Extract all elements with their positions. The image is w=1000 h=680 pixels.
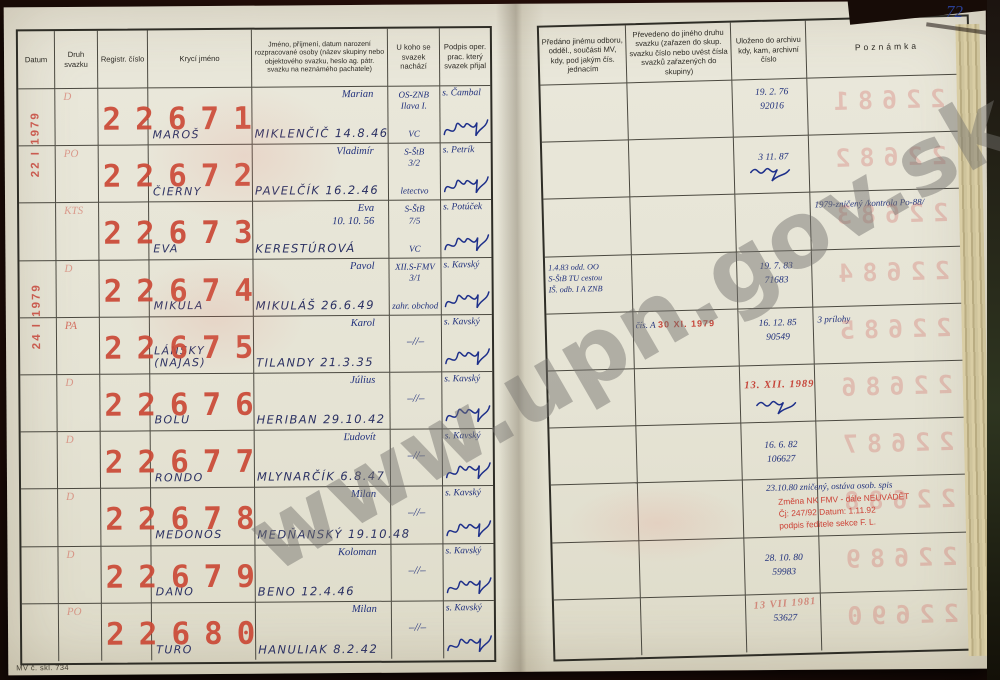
surname-and-birthdate: MEDŇANSKÝ 19.10.48 — [257, 526, 410, 541]
transfer-note: 1.4.83 odd. OOS-ŠtB TU cestouIŠ. odb. I … — [548, 261, 603, 296]
converted-cell — [635, 366, 741, 426]
registration-number-stamp: 22678 — [105, 501, 269, 538]
person-cell: KolomanBENO 12.4.46 — [255, 544, 391, 602]
registration-cell: 22678 — [101, 489, 151, 547]
person-cell: VladimírPAVELČÍK 16.2.46 — [253, 144, 389, 202]
bleed-through-number: 22687 — [833, 427, 954, 459]
converted-cell — [641, 595, 747, 655]
file-type-mark: D — [66, 548, 74, 560]
holder-unit: –//– — [390, 335, 441, 349]
registration-number-stamp: 22673 — [103, 215, 267, 252]
holder-cell: OS-ZNBIlava I.VC — [388, 86, 440, 144]
registration-number-stamp: 22675 — [104, 329, 268, 366]
person-cell: MilanMEDŇANSKÝ 19.10.48 — [255, 487, 391, 545]
date-stamp: 22 I 1979 — [29, 105, 46, 177]
signature-scrawl — [442, 398, 494, 430]
file-type-mark: PO — [67, 606, 82, 618]
converted-cell — [639, 538, 745, 598]
datum-cell — [21, 432, 58, 489]
holder-unit-line: 3/2 — [389, 158, 440, 170]
column-header: Uloženo do archivu kdy, kam, archivní čí… — [731, 21, 807, 81]
table-surface-edge — [987, 0, 1000, 680]
registration-cell: 22680 — [102, 603, 152, 661]
archive-entry: 13 VII 198153627 — [750, 595, 821, 627]
registration-cell: 22679 — [101, 546, 151, 604]
signature-cell: s. Kavský — [444, 601, 494, 659]
column-header-label: Jméno, příjmení, datum narození rozpraco… — [254, 40, 385, 74]
holder-cell: –//– — [390, 315, 442, 373]
signature-scrawl — [442, 455, 494, 487]
left-table: DatumDruh svazkuRegistr. čísloKrycí jmén… — [16, 26, 496, 665]
archive-entry: 16. 12. 8590549 — [743, 315, 814, 345]
signature-cell: s. Kavský — [443, 486, 493, 544]
holder-unit-line: –//– — [391, 507, 442, 521]
holder-unit-line: 7/5 — [389, 215, 440, 227]
registration-number-stamp: 22672 — [103, 158, 267, 195]
holder-cell: –//– — [392, 601, 444, 659]
transfer-note-line: IŠ. odb. I A ZNB — [549, 283, 603, 295]
archived-cell: 19. 2. 7692016 — [732, 79, 808, 138]
person-cell: PavolMIKULÁŠ 26.6.49 — [253, 258, 389, 316]
officer-name: s. Petrík — [443, 145, 475, 155]
holder-unit-line: S-ŠtB — [389, 204, 440, 216]
column-header-label: Datum — [25, 55, 47, 65]
signature-scrawl — [441, 284, 493, 316]
first-name-line: Ľudovít — [344, 432, 376, 445]
file-type-mark: D — [65, 377, 73, 389]
column-header: Předáno jinému odboru, odděl., součásti … — [539, 25, 627, 85]
registration-number-stamp: 22671 — [102, 101, 266, 138]
file-type-mark: D — [66, 434, 74, 446]
druh-cell: D — [57, 375, 100, 432]
registration-number-stamp: 22680 — [106, 615, 270, 652]
archived-cell: 19. 7. 8371683 — [737, 250, 813, 309]
column-header-label: Krycí jméno — [179, 54, 219, 64]
officer-name: s. Kavský — [445, 431, 481, 441]
archive-entry — [740, 201, 810, 203]
column-header-label: Předáno jinému odboru, odděl., součásti … — [541, 35, 624, 75]
surname-and-birthdate: KERESTÚROVÁ — [255, 241, 355, 256]
file-type-mark: KTS — [64, 205, 83, 217]
first-name-line: Eva — [332, 203, 374, 216]
bleed-through-number: 22688 — [835, 484, 956, 516]
druh-cell: D — [58, 546, 101, 603]
converted-cell: čís. A 30 XI. 1979 — [633, 309, 739, 369]
officer-name: s. Potúček — [443, 202, 482, 212]
datum-cell — [22, 604, 59, 661]
handwritten-scrawl — [748, 161, 792, 188]
first-name-line: Karol — [351, 318, 375, 331]
druh-cell: PA — [57, 318, 100, 375]
holder-unit: –//– — [392, 621, 443, 635]
column-header-label: Převedeno do jiného druhu svazku (zařaze… — [628, 27, 729, 77]
datum-cell — [21, 547, 58, 604]
holder-unit-line: –//– — [392, 621, 443, 635]
conversion-date-stamp: 30 XI. 1979 — [658, 318, 715, 329]
datum-cell — [21, 489, 58, 546]
archived-cell: 28. 10. 8059983 — [744, 536, 820, 595]
remark-cell: 22684 — [812, 246, 974, 307]
first-name-line: Vladimír — [336, 146, 373, 159]
person-cell: ĽudovítMLYNARČÍK 6.8.47 — [255, 430, 391, 488]
datum-cell — [20, 375, 57, 432]
officer-name: s. Kavský — [445, 488, 481, 498]
converted-cell — [636, 424, 742, 484]
holder-unit-line: –//– — [390, 335, 441, 349]
holder-note: zahr. obchod — [390, 300, 441, 310]
signature-scrawl — [443, 569, 495, 601]
registration-cell: 22671 — [98, 88, 148, 146]
datum-cell — [19, 203, 56, 260]
first-name-line: Pavol — [350, 260, 375, 273]
surname-and-birthdate: HANULIAK 8.2.42 — [258, 642, 378, 657]
bleed-through-number: 22683 — [827, 198, 948, 230]
column-header: Krycí jméno — [148, 30, 252, 89]
registration-cell: 22676 — [100, 374, 150, 432]
archive-entry: 13. XII. 1989 — [744, 377, 814, 395]
column-header: Registr. číslo — [98, 30, 148, 88]
converted-cell — [627, 81, 733, 141]
archive-line: 90549 — [743, 330, 813, 346]
druh-cell: KTS — [56, 203, 99, 260]
druh-cell: PO — [56, 146, 99, 203]
person-cell: Eva10. 10. 56KERESTÚROVÁ — [253, 201, 389, 259]
signature-cell: s. Kavský — [442, 372, 492, 430]
holder-cell: –//– — [390, 372, 442, 430]
registration-number-stamp: 22676 — [104, 387, 268, 424]
holder-cell: S-ŠtB7/5VC — [389, 201, 441, 259]
remark-cell: 22689 — [819, 532, 981, 593]
registration-number-stamp: 22679 — [106, 558, 270, 595]
archived-cell: 13. XII. 1989 — [740, 364, 816, 423]
transferred-cell — [549, 426, 637, 485]
bleed-through-number: 22684 — [829, 256, 950, 288]
date-stamp: 24 I 1979 — [31, 277, 48, 349]
officer-name: s. Kavský — [445, 546, 481, 556]
bleed-through-number: 22685 — [830, 313, 951, 345]
bleed-through-number: 22689 — [836, 541, 957, 573]
holder-note: VC — [389, 129, 440, 139]
registration-cell: 22677 — [101, 432, 151, 490]
holder-unit: OS-ZNBIlava I. — [388, 89, 439, 112]
officer-name: s. Kavský — [444, 374, 480, 384]
archive-entry: 19. 7. 8371683 — [741, 258, 812, 288]
first-name-line: Milan — [352, 604, 377, 617]
first-name-line: Marian — [342, 89, 374, 102]
first-name-line: Július — [350, 375, 375, 388]
archive-line: 71683 — [741, 272, 811, 288]
officer-name: s. Čambal — [442, 88, 481, 98]
signature-cell: s. Kavský — [441, 258, 491, 316]
first-name: Pavol — [350, 260, 375, 273]
person-cell: MilanHANULIAK 8.2.42 — [256, 601, 392, 659]
holder-note: letectvo — [389, 186, 440, 196]
holder-unit: S-ŠtB7/5 — [389, 204, 440, 227]
column-header: Datum — [18, 31, 55, 89]
holder-unit: S-ŠtB3/2 — [389, 147, 440, 170]
transferred-cell — [542, 141, 630, 200]
converted-cell — [630, 195, 736, 255]
transferred-cell — [546, 312, 634, 371]
file-type-mark: PA — [65, 320, 77, 332]
converted-cell — [632, 252, 738, 312]
remark-cell: 2268823.10.80 zničený, ostáva osob. spis… — [818, 475, 980, 536]
druh-cell: D — [58, 489, 101, 546]
signature-cell: s. Kavský — [443, 429, 493, 487]
archived-cell: 16. 6. 82106627 — [741, 422, 817, 481]
druh-cell: D — [56, 260, 99, 317]
registration-number-stamp: 22674 — [104, 272, 268, 309]
remark-cell: 226853 prílohy — [813, 303, 975, 364]
registry-book-photo: DatumDruh svazkuRegistr. čísloKrycí jmén… — [0, 0, 1000, 680]
holder-unit-line: 3/1 — [390, 272, 441, 284]
holder-cell: S-ŠtB3/2letectvo — [389, 144, 441, 202]
archive-entry: 19. 2. 7692016 — [736, 85, 807, 115]
archive-line: 92016 — [737, 99, 807, 115]
holder-note: VC — [389, 243, 440, 253]
signature-scrawl — [442, 341, 494, 373]
page-number: 72 — [946, 2, 963, 22]
remark-cell: 22681 — [807, 74, 969, 135]
transferred-cell — [552, 541, 640, 600]
archived-cell: 3 11. 87 — [734, 136, 810, 195]
first-name: Milan — [352, 604, 377, 617]
person-cell: MarianMIKLENČIČ 14.8.46 — [252, 87, 388, 145]
registration-cell: 22672 — [99, 146, 149, 204]
holder-unit-line: –//– — [390, 392, 441, 406]
person-cell: JúliusHERIBAN 29.10.42 — [254, 373, 390, 431]
archived-cell: 16. 12. 8590549 — [738, 307, 814, 366]
registration-number-stamp: 22677 — [105, 444, 269, 481]
archived-cell: 13 VII 198153627 — [746, 593, 822, 652]
transfer-note-line: 1.4.83 odd. OO — [548, 261, 602, 273]
holder-unit: –//– — [391, 450, 442, 464]
column-header-label: Registr. číslo — [101, 54, 145, 64]
first-name: Július — [350, 375, 375, 388]
column-header-label: Uloženo do archivu kdy, kam, archivní čí… — [733, 35, 804, 65]
transferred-cell: 1.4.83 odd. OOS-ŠtB TU cestouIŠ. odb. I … — [545, 255, 633, 314]
holder-cell: –//– — [391, 430, 443, 488]
first-name: Ľudovít — [344, 432, 376, 445]
signature-scrawl — [444, 628, 496, 660]
first-name: Vladimír — [336, 146, 373, 159]
signature-scrawl — [441, 226, 493, 258]
first-name-line: Koloman — [338, 546, 377, 559]
column-header: Převedeno do jiného druhu svazku (zařaze… — [626, 23, 732, 84]
remark-cell: 226831979-zničený /kontrola Po-88/ — [810, 189, 972, 250]
column-header-label: U koho se svazek nachází — [390, 43, 437, 72]
file-type-mark: D — [63, 91, 71, 103]
archived-cell — [735, 193, 811, 252]
holder-unit-line: XII.S-FMV — [389, 261, 440, 273]
first-name: Marian — [342, 89, 374, 102]
signature-scrawl — [440, 112, 492, 144]
signature-cell: s. Kavský — [443, 544, 493, 602]
transferred-cell — [540, 83, 628, 142]
remark-cell: 22687 — [816, 417, 978, 478]
registration-cell: 22673 — [99, 203, 149, 261]
file-type-mark: D — [66, 491, 74, 503]
surname-and-birthdate: MIKLENČIČ 14.8.46 — [255, 126, 389, 141]
signature-cell: s. Potúček — [441, 200, 491, 258]
column-header-label: Druh svazku — [57, 50, 95, 69]
archive-date-stamp: 13. XII. 1989 — [744, 377, 814, 395]
officer-name: s. Kavský — [446, 603, 482, 613]
column-header: Druh svazku — [55, 31, 98, 89]
file-type-mark: D — [64, 263, 72, 275]
holder-unit: –//– — [392, 564, 443, 578]
first-name: Eva10. 10. 56 — [332, 203, 374, 228]
first-name-line: 10. 10. 56 — [332, 216, 374, 229]
transferred-cell — [554, 598, 642, 657]
bleed-through-number: 22686 — [832, 370, 953, 402]
first-name: Milan — [351, 489, 376, 502]
remark-cell: 22682 — [809, 132, 971, 193]
holder-unit-line: Ilava I. — [388, 101, 439, 113]
first-name: Karol — [351, 318, 375, 331]
registration-cell: 22674 — [99, 260, 149, 318]
holder-cell: –//– — [391, 544, 443, 602]
signature-scrawl — [443, 512, 495, 544]
surname-and-birthdate: MLYNARČÍK 6.8.47 — [257, 469, 385, 484]
holder-unit-line: S-ŠtB — [389, 147, 440, 159]
archive-line: 59983 — [749, 564, 819, 580]
holder-unit: XII.S-FMV3/1 — [389, 261, 440, 284]
column-header-label: Podpis oper. prac. který svazek přijal — [442, 42, 488, 71]
holder-unit-line: OS-ZNB — [388, 89, 439, 101]
bleed-through-number: 22681 — [824, 84, 945, 116]
handwritten-scrawl — [754, 393, 798, 420]
officer-name: s. Kavský — [444, 317, 480, 327]
conversion-entry: čís. A 30 XI. 1979 — [636, 318, 716, 330]
druh-cell: D — [55, 89, 98, 146]
signature-scrawl — [440, 169, 492, 201]
transferred-cell — [551, 484, 639, 543]
officer-name: s. Kavský — [443, 260, 479, 270]
bleed-through-number: 22682 — [826, 141, 947, 173]
column-header: Jméno, příjmení, datum narození rozpraco… — [252, 29, 388, 88]
person-cell: KarolTILANDY 21.3.35 — [254, 315, 390, 373]
registration-cell: 22675 — [100, 317, 150, 375]
holder-unit: –//– — [391, 507, 442, 521]
surname-and-birthdate: HERIBAN 29.10.42 — [257, 412, 386, 427]
holder-unit-line: –//– — [391, 450, 442, 464]
surname-and-birthdate: BENO 12.4.46 — [258, 584, 355, 599]
signature-cell: s. Kavský — [442, 315, 492, 373]
column-header: U koho se svazek nachází — [388, 28, 440, 86]
archive-entry: 16. 6. 82106627 — [746, 438, 817, 468]
first-name-line: Milan — [351, 489, 376, 502]
conversion-note: čís. A — [636, 319, 656, 330]
column-header-label: Poznámka — [855, 41, 919, 53]
right-table: Předáno jinému odboru, odděl., součásti … — [537, 14, 986, 661]
surname-and-birthdate: PAVELČÍK 16.2.46 — [255, 183, 379, 198]
holder-unit: –//– — [390, 392, 441, 406]
column-header: Podpis oper. prac. který svazek přijal — [440, 28, 490, 86]
signature-cell: s. Čambal — [440, 86, 490, 144]
signature-cell: s. Petrík — [441, 143, 491, 201]
holder-cell: XII.S-FMV3/1zahr. obchod — [389, 258, 441, 316]
holder-unit-line: –//– — [392, 564, 443, 578]
first-name: Koloman — [338, 546, 377, 559]
transferred-cell — [548, 369, 636, 428]
druh-cell: D — [58, 432, 101, 489]
converted-cell — [638, 481, 744, 541]
surname-and-birthdate: TILANDY 21.3.35 — [256, 355, 374, 370]
archive-line: 106627 — [746, 452, 816, 468]
file-type-mark: PO — [64, 148, 79, 160]
holder-cell: –//– — [391, 487, 443, 545]
remark-cell: 22690 — [821, 589, 983, 650]
druh-cell: PO — [59, 603, 102, 660]
transferred-cell — [543, 198, 631, 257]
archive-entry: 28. 10. 8059983 — [749, 550, 820, 580]
converted-cell — [629, 138, 735, 198]
bleed-through-number: 22690 — [838, 599, 959, 631]
remark-cell: 22686 — [815, 360, 977, 421]
surname-and-birthdate: MIKULÁŠ 26.6.49 — [256, 298, 375, 313]
book-spread: DatumDruh svazkuRegistr. čísloKrycí jmén… — [4, 1, 991, 676]
